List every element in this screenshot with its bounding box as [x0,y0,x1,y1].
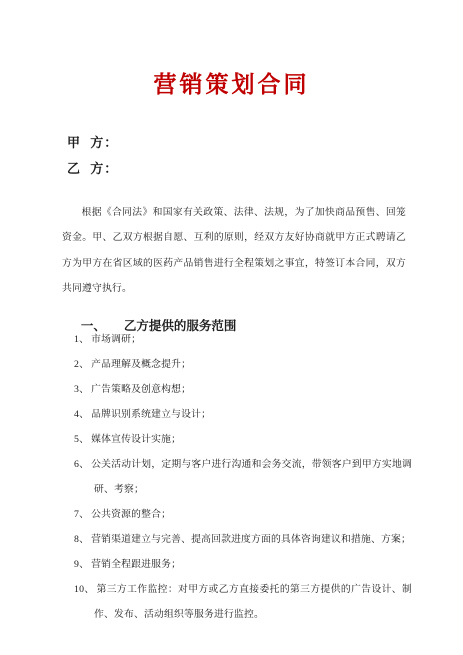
service-item-6: 6、公关活动计划，定期与客户进行沟通和会务交流，带领客户到甲方实地调研、考察； [74,452,412,502]
service-item-3: 3、广告策略及创意构想； [74,377,412,402]
item-text: 品牌识别系统建立与设计； [91,409,211,420]
item-text: 市场调研； [91,334,141,345]
item-number: 7、 [74,509,91,520]
service-item-8: 8、营销渠道建立与完善、提高回款进度方面的具体咨询建议和措施、方案； [74,527,412,552]
item-text: 营销全程跟进服务； [91,559,181,570]
item-text: 营销渠道建立与完善、提高回款进度方面的具体咨询建议和措施、方案； [91,534,411,545]
service-item-1: 1、市场调研； [74,327,412,352]
intro-paragraph: 根据《合同法》和国家有关政策、法律、法规，为了加快商品预售、回笼资金。甲、乙双方… [62,200,406,302]
service-item-9: 9、营销全程跟进服务； [74,552,412,577]
item-number: 6、 [74,459,91,470]
item-text: 公共资源的整合； [91,509,171,520]
item-text: 公关活动计划，定期与客户进行沟通和会务交流，带领客户到甲方实地调研、考察； [91,459,412,495]
item-number: 8、 [74,534,91,545]
item-number: 10、 [74,584,97,595]
service-list: 1、市场调研； 2、产品理解及概念提升； 3、广告策略及创意构想； 4、品牌识别… [74,327,412,627]
item-number: 2、 [74,359,91,370]
item-number: 4、 [74,409,91,420]
item-text: 产品理解及概念提升； [91,359,191,370]
party-b-label: 乙 方： [67,158,118,177]
item-number: 3、 [74,384,91,395]
item-text: 广告策略及创意构想； [91,384,191,395]
item-number: 5、 [74,434,91,445]
item-number: 9、 [74,559,91,570]
item-text: 第三方工作监控：对甲方或乙方直接委托的第三方提供的广告设计、制作、发布、活动组织… [94,584,412,620]
contract-document-page: 营销策划合同 甲 方： 乙 方： 根据《合同法》和国家有关政策、法律、法规，为了… [0,0,463,655]
contract-title: 营销策划合同 [0,66,463,99]
service-item-10: 10、第三方工作监控：对甲方或乙方直接委托的第三方提供的广告设计、制作、发布、活… [74,577,412,627]
service-item-2: 2、产品理解及概念提升； [74,352,412,377]
item-number: 1、 [74,334,91,345]
item-text: 媒体宣传设计实施； [91,434,181,445]
party-a-label: 甲 方： [67,132,118,151]
service-item-5: 5、媒体宣传设计实施； [74,427,412,452]
service-item-7: 7、公共资源的整合； [74,502,412,527]
service-item-4: 4、品牌识别系统建立与设计； [74,402,412,427]
